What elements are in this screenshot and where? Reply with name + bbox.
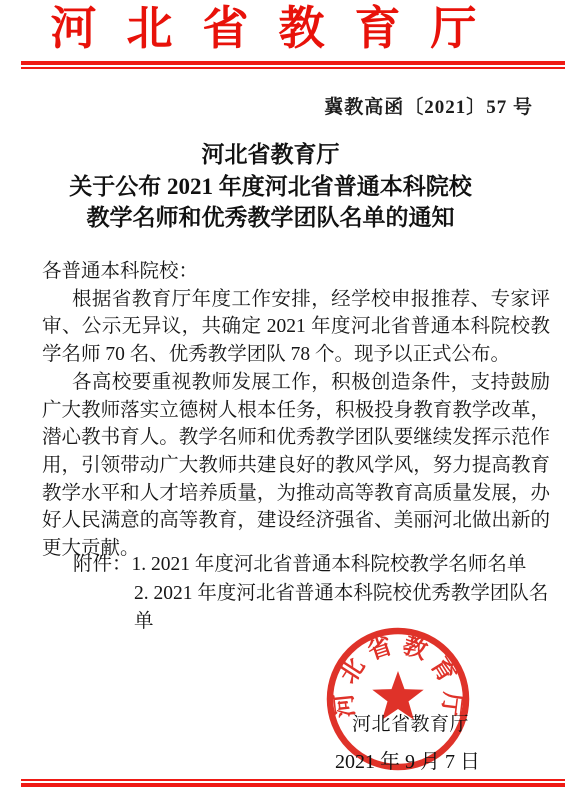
document-number: 冀教高函〔2021〕57 号 <box>324 92 533 119</box>
divider-thin-line <box>21 67 565 69</box>
letterhead-divider <box>21 61 565 69</box>
signature-agency: 河北省教育厅 <box>352 709 469 736</box>
title-line-2: 关于公布 2021 年度河北省普通本科院校 <box>0 171 563 203</box>
title-line-3: 教学名师和优秀教学团队名单的通知 <box>0 202 563 234</box>
body-paragraph-1: 根据省教育厅年度工作安排，经学校申报推荐、专家评审、公示无异议，共确定 2021… <box>42 286 550 369</box>
divider-thick-line <box>21 783 565 787</box>
divider-thin-line <box>21 779 565 781</box>
salutation: 各普通本科院校： <box>42 258 550 286</box>
signature-date: 2021 年 9 月 7 日 <box>335 745 480 774</box>
document-title: 河北省教育厅 关于公布 2021 年度河北省普通本科院校 教学名师和优秀教学团队… <box>0 139 563 234</box>
attachment-item-2: 2. 2021 年度河北省普通本科院校优秀教学团队名单 <box>42 580 550 637</box>
footer-divider <box>21 779 565 787</box>
body-paragraph-2: 各高校要重视教师发展工作，积极创造条件，支持鼓励广大教师落实立德树人根本任务，积… <box>42 369 550 563</box>
divider-thick-line <box>21 61 565 65</box>
title-line-1: 河北省教育厅 <box>0 139 563 171</box>
letterhead-agency-title: 河北省教育厅 <box>0 4 571 54</box>
attachment-item-1: 附件：1. 2021 年度河北省普通本科院校教学名师名单 <box>42 551 550 580</box>
attachments-list: 附件：1. 2021 年度河北省普通本科院校教学名师名单 2. 2021 年度河… <box>42 551 550 637</box>
document-body: 各普通本科院校： 根据省教育厅年度工作安排，经学校申报推荐、专家评审、公示无异议… <box>42 258 550 563</box>
official-document-page: 河北省教育厅 冀教高函〔2021〕57 号 河北省教育厅 关于公布 2021 年… <box>0 0 585 797</box>
